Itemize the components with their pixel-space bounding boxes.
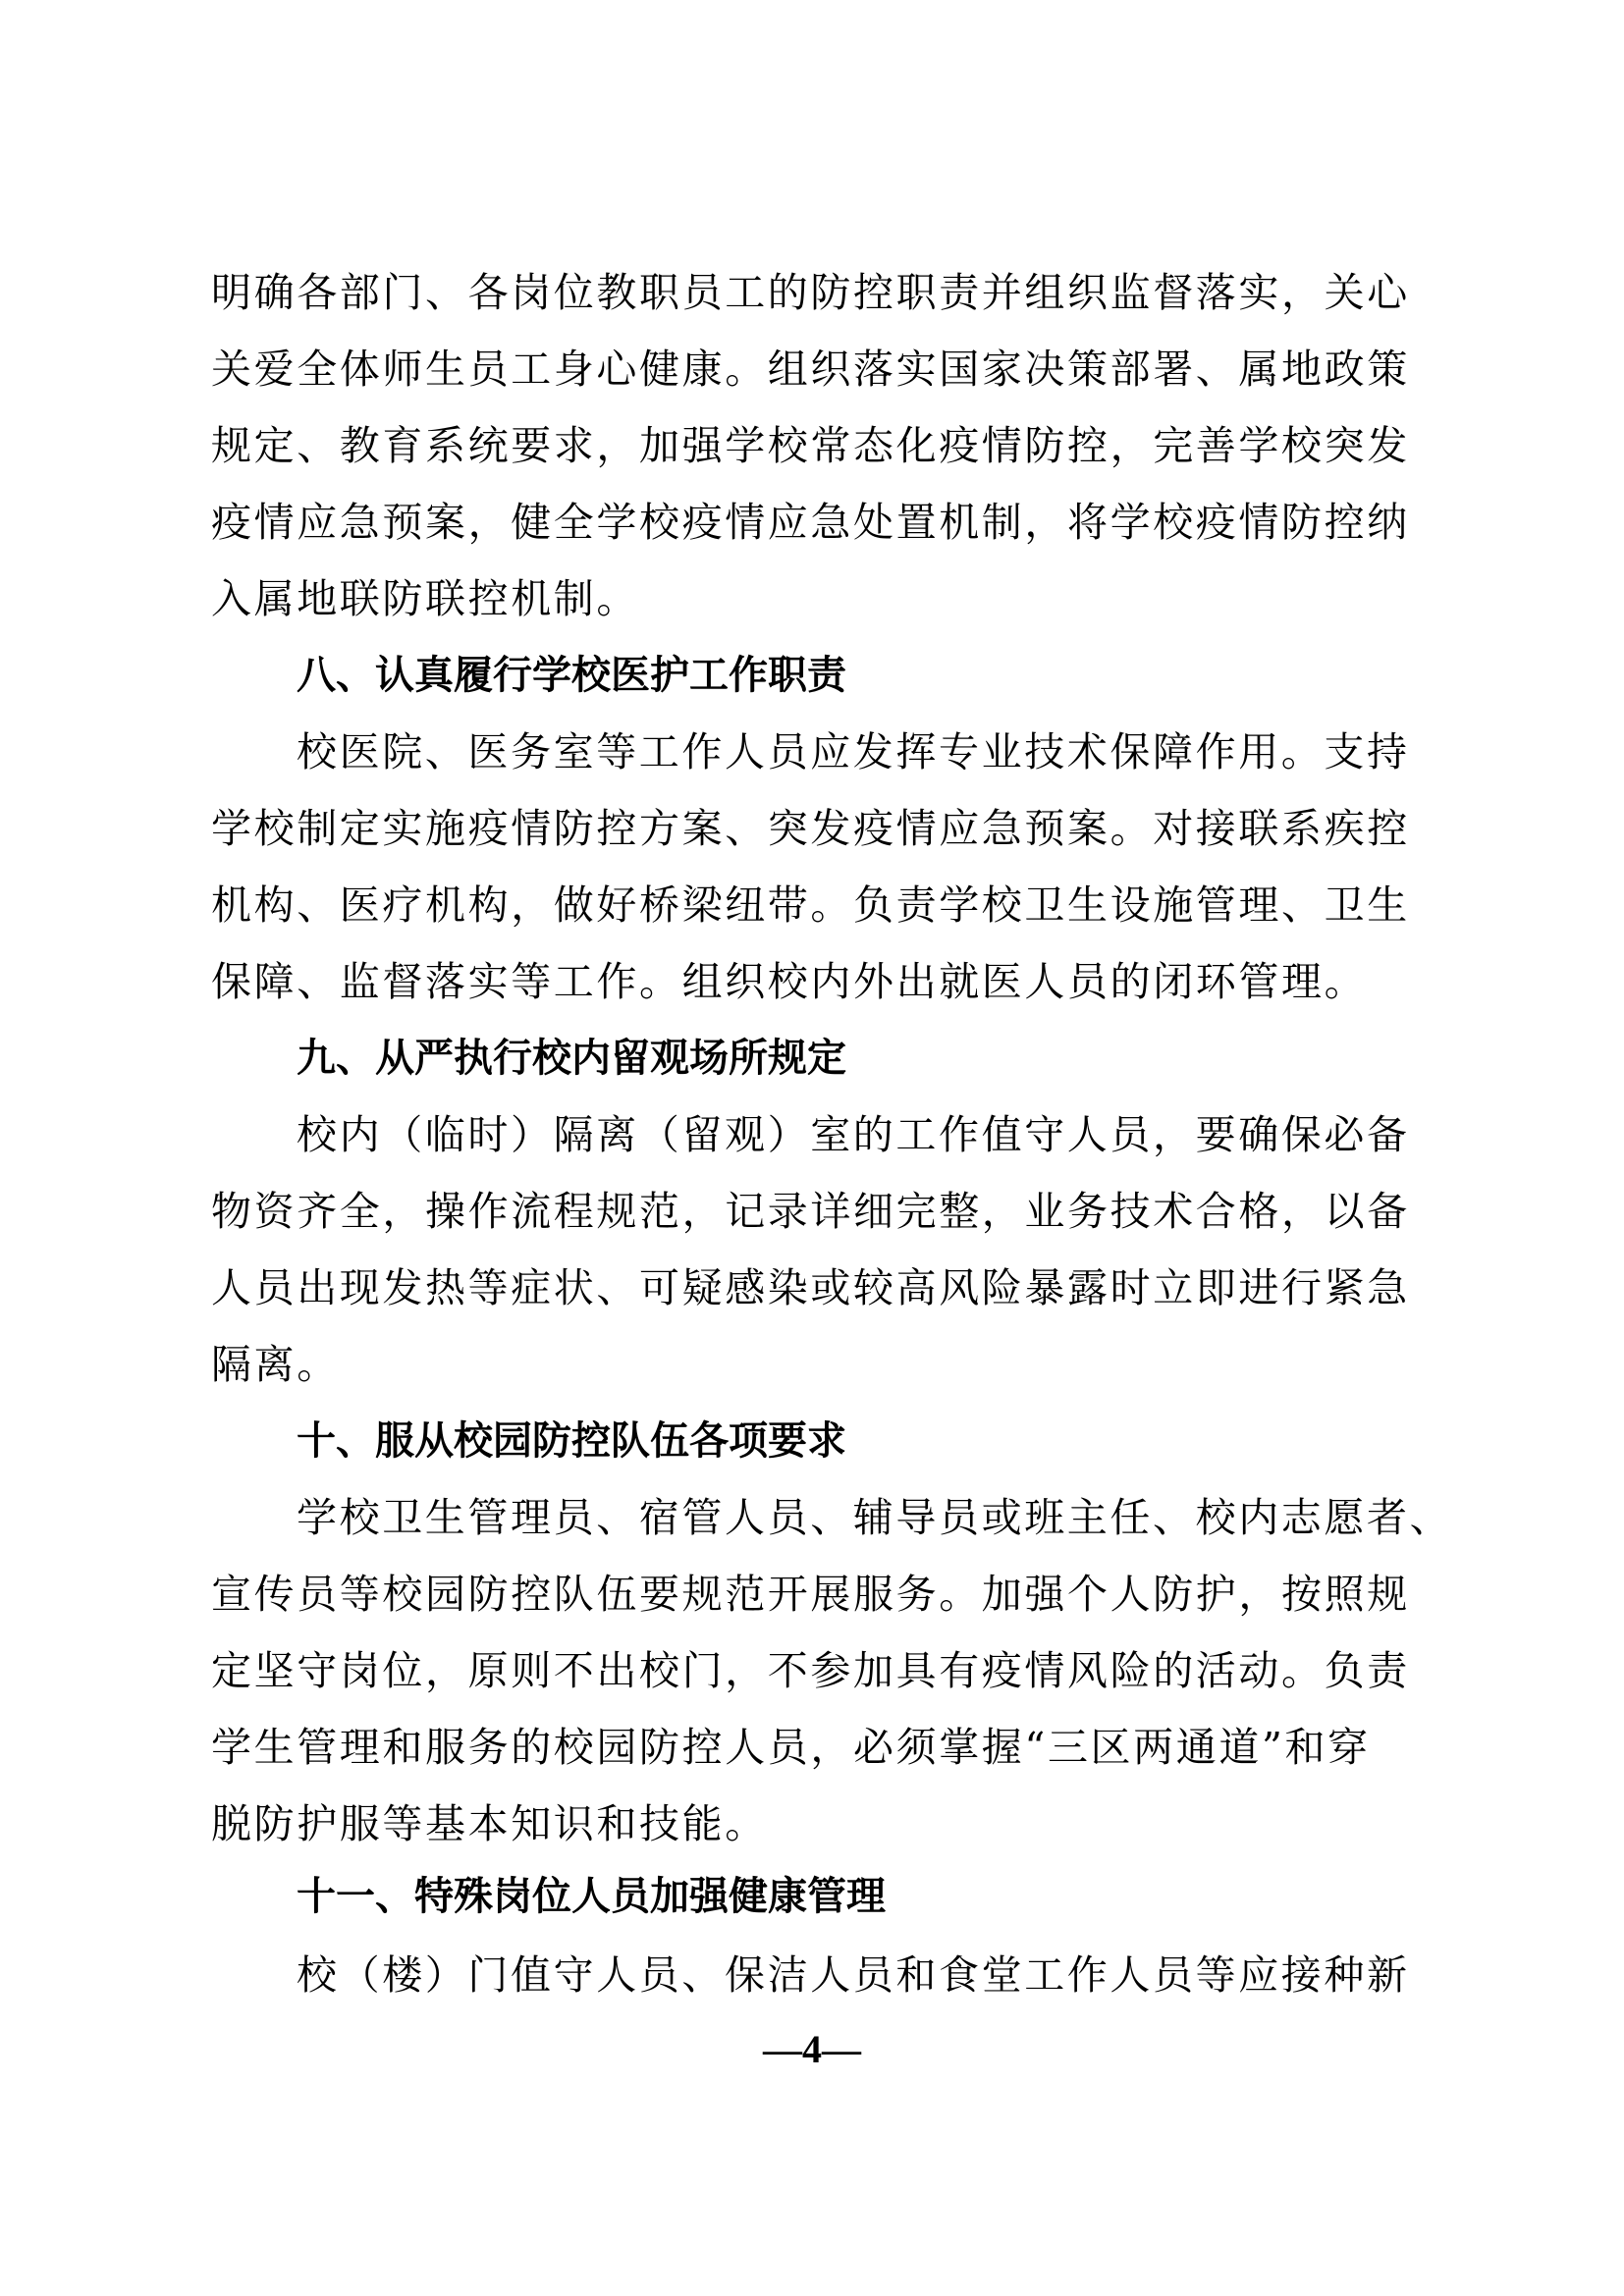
paragraph-line: 学校制定实施疫情防控方案、突发疫情应急预案。对接联系疾控 — [211, 805, 1429, 852]
page-number: —4— — [0, 2028, 1624, 2071]
paragraph-line: 校内（临时）隔离（留观）室的工作值守人员，要确保必备 — [297, 1111, 1514, 1158]
paragraph-line: 机构、医疗机构，做好桥梁纽带。负责学校卫生设施管理、卫生 — [211, 881, 1429, 929]
paragraph-line: 关爱全体师生员工身心健康。组织落实国家决策部署、属地政策 — [211, 346, 1429, 393]
paragraph-line: 人员出现发热等症状、可疑感染或较高风险暴露时立即进行紧急 — [211, 1264, 1429, 1311]
paragraph-line: 规定、教育系统要求，加强学校常态化疫情防控，完善学校突发 — [211, 422, 1429, 469]
section-heading: 八、认真履行学校医护工作职责 — [297, 652, 1514, 699]
paragraph-line: 学校卫生管理员、宿管人员、辅导员或班主任、校内志愿者、 — [297, 1494, 1514, 1541]
paragraph-line: 明确各部门、各岗位教职员工的防控职责并组织监督落实，关心 — [211, 269, 1429, 316]
paragraph-line: 疫情应急预案，健全学校疫情应急处置机制，将学校疫情防控纳 — [211, 499, 1429, 546]
paragraph-line: 定坚守岗位，原则不出校门，不参加具有疫情风险的活动。负责 — [211, 1647, 1429, 1694]
section-heading: 十、服从校园防控队伍各项要求 — [297, 1417, 1514, 1465]
section-heading: 九、从严执行校内留观场所规定 — [297, 1035, 1514, 1082]
paragraph-line: 学生管理和服务的校园防控人员，必须掌握“三区两通道”和穿 — [211, 1724, 1429, 1771]
paragraph-line: 校医院、医务室等工作人员应发挥专业技术保障作用。支持 — [297, 728, 1514, 775]
document-page: 明确各部门、各岗位教职员工的防控职责并组织监督落实，关心 关爱全体师生员工身心健… — [0, 0, 1624, 2296]
paragraph-line: 保障、监督落实等工作。组织校内外出就医人员的闭环管理。 — [211, 958, 1429, 1005]
paragraph-line: 校（楼）门值守人员、保洁人员和食堂工作人员等应接种新 — [297, 1951, 1514, 1999]
paragraph-line: 入属地联防联控机制。 — [211, 575, 1429, 622]
paragraph-line: 隔离。 — [211, 1341, 1429, 1388]
section-heading: 十一、特殊岗位人员加强健康管理 — [297, 1873, 1514, 1920]
paragraph-line: 物资齐全，操作流程规范，记录详细完整，业务技术合格，以备 — [211, 1188, 1429, 1235]
paragraph-line: 脱防护服等基本知识和技能。 — [211, 1800, 1429, 1847]
paragraph-line: 宣传员等校园防控队伍要规范开展服务。加强个人防护，按照规 — [211, 1571, 1429, 1618]
